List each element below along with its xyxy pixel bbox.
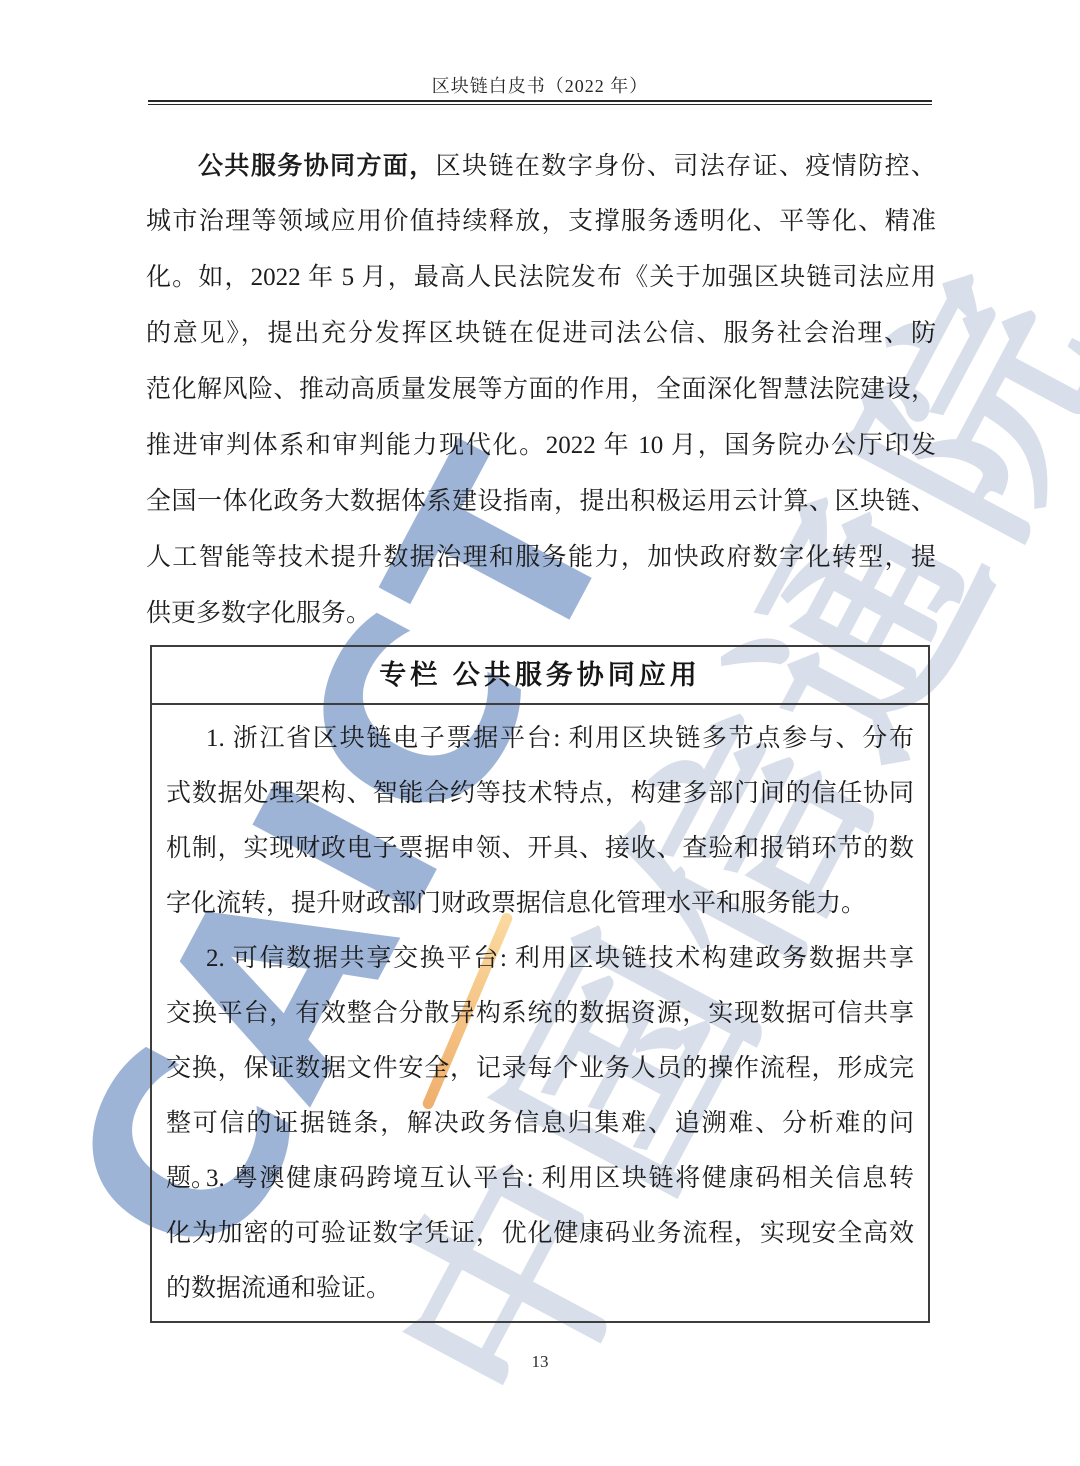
body-line-text: 区块链在数字身份、司法存证、疫情防控、 bbox=[436, 153, 936, 180]
panel-line: 1. 浙江省区块链电子票据平台: 利用区块链多节点参与、分布 bbox=[166, 711, 914, 766]
header-rule bbox=[148, 100, 932, 105]
page-header-title: 区块链白皮书（2022 年） bbox=[0, 72, 1080, 98]
panel-line: 交换，保证数据文件安全，记录每个业务人员的操作流程，形成完 bbox=[166, 1041, 914, 1096]
column-box: 专栏 公共服务协同应用 1. 浙江省区块链电子票据平台: 利用区块链多节点参与、… bbox=[150, 645, 930, 1323]
panel-line: 3. 粤澳健康码跨境互认平台: 利用区块链将健康码相关信息转 bbox=[166, 1151, 914, 1206]
body-line: 范化解风险、推动高质量发展等方面的作用，全面深化智慧法院建设， bbox=[146, 362, 936, 418]
panel-item-2: 2. 可信数据共享交换平台: 利用区块链技术构建政务数据共享 交换平台，有效整合… bbox=[166, 931, 914, 1151]
page-root: CAICT 中国信通院 区块链白皮书（2022 年） 公共服务协同方面，区块链在… bbox=[0, 0, 1080, 1466]
body-line: 化。如，2022 年 5 月，最高人民法院发布《关于加强区块链司法应用 bbox=[146, 250, 936, 306]
panel-item-3: 3. 粤澳健康码跨境互认平台: 利用区块链将健康码相关信息转 化为加密的可验证数… bbox=[166, 1151, 914, 1316]
page-content: 区块链白皮书（2022 年） 公共服务协同方面，区块链在数字身份、司法存证、疫情… bbox=[0, 0, 1080, 1466]
body-line: 人工智能等技术提升数据治理和服务能力，加快政府数字化转型，提 bbox=[146, 530, 936, 586]
panel-line: 交换平台，有效整合分散异构系统的数据资源，实现数据可信共享 bbox=[166, 986, 914, 1041]
body-line: 的意见》，提出充分发挥区块链在促进司法公信、服务社会治理、防 bbox=[146, 306, 936, 362]
panel-line: 的数据流通和验证。 bbox=[166, 1261, 914, 1316]
panel-line: 化为加密的可验证数字凭证，优化健康码业务流程，实现安全高效 bbox=[166, 1206, 914, 1261]
body-line: 推进审判体系和审判能力现代化。2022 年 10 月，国务院办公厅印发 bbox=[146, 418, 936, 474]
body-line: 供更多数字化服务。 bbox=[146, 586, 936, 642]
page-number: 13 bbox=[0, 1352, 1080, 1372]
panel-line: 2. 可信数据共享交换平台: 利用区块链技术构建政务数据共享 bbox=[166, 931, 914, 986]
panel-item-1: 1. 浙江省区块链电子票据平台: 利用区块链多节点参与、分布 式数据处理架构、智… bbox=[166, 711, 914, 931]
panel-line: 整可信的证据链条，解决政务信息归集难、追溯难、分析难的问题。 bbox=[166, 1096, 914, 1151]
panel-line: 式数据处理架构、智能合约等技术特点，构建多部门间的信任协同 bbox=[166, 766, 914, 821]
body-paragraph: 公共服务协同方面，区块链在数字身份、司法存证、疫情防控、 城市治理等领域应用价值… bbox=[146, 138, 936, 642]
column-box-title: 专栏 公共服务协同应用 bbox=[152, 647, 928, 705]
body-line: 城市治理等领域应用价值持续释放，支撑服务透明化、平等化、精准 bbox=[146, 194, 936, 250]
paragraph-lead-bold: 公共服务协同方面， bbox=[198, 152, 436, 180]
panel-line: 字化流转，提升财政部门财政票据信息化管理水平和服务能力。 bbox=[166, 876, 914, 931]
column-box-body: 1. 浙江省区块链电子票据平台: 利用区块链多节点参与、分布 式数据处理架构、智… bbox=[152, 705, 928, 1316]
body-line: 公共服务协同方面，区块链在数字身份、司法存证、疫情防控、 bbox=[146, 138, 936, 194]
body-line: 全国一体化政务大数据体系建设指南，提出积极运用云计算、区块链、 bbox=[146, 474, 936, 530]
panel-line: 机制，实现财政电子票据申领、开具、接收、查验和报销环节的数 bbox=[166, 821, 914, 876]
